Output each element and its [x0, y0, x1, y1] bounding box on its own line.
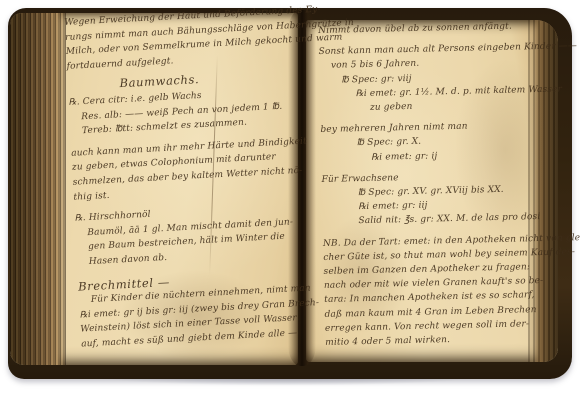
manuscript-line: ℞i emet: gr: ij: [371, 147, 541, 165]
photograph-of-open-manuscript-book: Wegen Erweichung der Haut und Beförderun…: [0, 0, 580, 397]
manuscript-line: Salid nit: ℥s. gr: XX. M. de las pro dos…: [358, 210, 542, 228]
right-page-handwritten-text: Nimmt davon übel ab zu sonnen anfängt. S…: [318, 19, 545, 350]
left-page-handwritten-text: Wegen Erweichung der Haut und Beförderun…: [64, 4, 307, 352]
manuscript-line: zu geben: [370, 97, 540, 115]
left-fore-edge-texture: [10, 13, 66, 365]
